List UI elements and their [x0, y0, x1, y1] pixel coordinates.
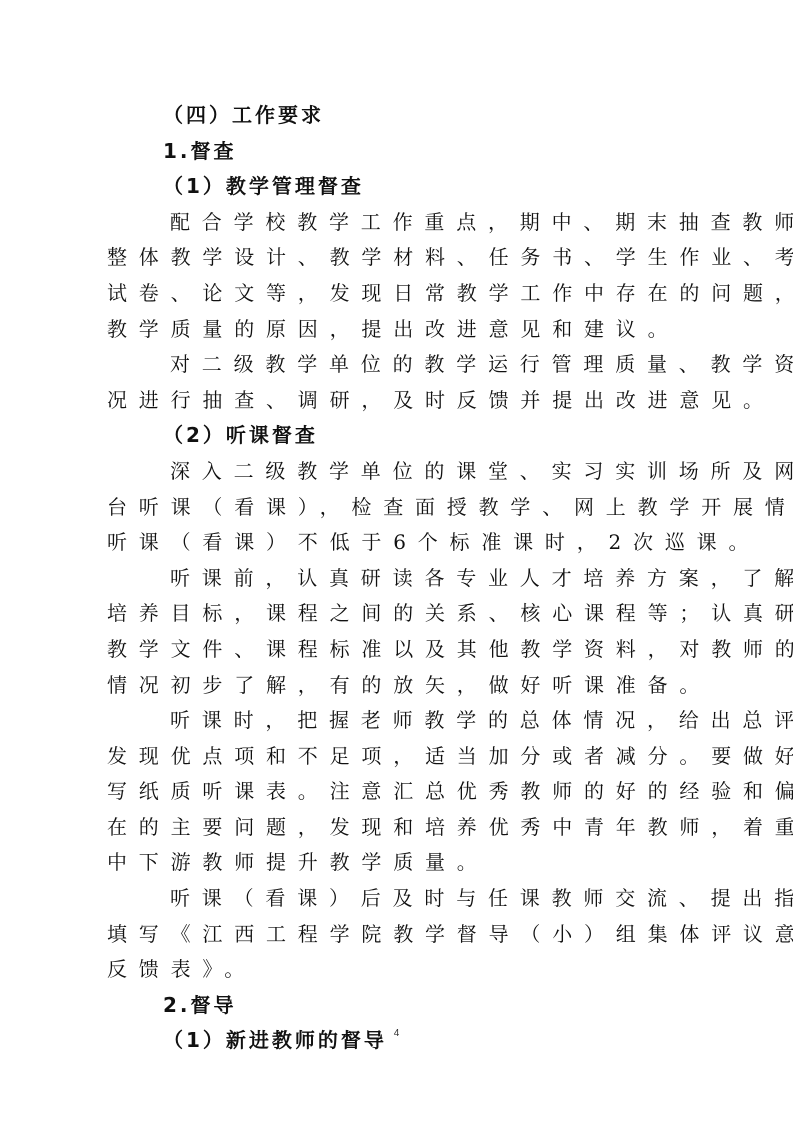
paragraph: 对二级教学单位的教学运行管理质量、教学资源建设情 况进行抽查、调研，及时反馈并提… — [107, 347, 683, 418]
paragraph-line: 听课（看课）不低于6个标准课时，2次巡课。 — [107, 525, 683, 561]
paragraph-line: 试卷、论文等，发现日常教学工作中存在的问题，找出影响 — [107, 276, 683, 312]
paragraph: 听课（看课）后及时与任课教师交流、提出指导意见， 填写《江西工程学院教学督导（小… — [107, 881, 683, 988]
page-number: 4 — [0, 1028, 793, 1039]
paragraph-line: 写纸质听课表。注意汇总优秀教师的好的经验和偏弱教师存 — [107, 774, 683, 810]
item-heading-lecture-observation: （2）听课督查 — [107, 418, 683, 454]
paragraph: 听课时，把握老师教学的总体情况，给出总评分，同时 发现优点项和不足项，适当加分或… — [107, 703, 683, 881]
paragraph-line: 对二级教学单位的教学运行管理质量、教学资源建设情 — [107, 347, 683, 383]
paragraph-line: 深入二级教学单位的课堂、实习实训场所及网络教学平 — [107, 454, 683, 490]
paragraph-line: 填写《江西工程学院教学督导（小）组集体评议意见与建议 — [107, 917, 683, 953]
paragraph: 配合学校教学工作重点，期中、期末抽查教师课程标准、 整体教学设计、教学材料、任务… — [107, 205, 683, 347]
paragraph-line: 配合学校教学工作重点，期中、期末抽查教师课程标准、 — [107, 205, 683, 241]
document-page: （四）工作要求 1.督查 （1）教学管理督查 配合学校教学工作重点，期中、期末抽… — [107, 98, 683, 1059]
subsection-heading-supervision-check: 1.督查 — [107, 134, 683, 170]
paragraph-line: 教学文件、课程标准以及其他教学资料，对教师的整体教学 — [107, 632, 683, 668]
paragraph-line: 况进行抽查、调研，及时反馈并提出改进意见。 — [107, 383, 683, 419]
item-heading-teaching-management: （1）教学管理督查 — [107, 169, 683, 205]
paragraph-line: 情况初步了解，有的放矢，做好听课准备。 — [107, 668, 683, 704]
section-heading-work-requirements: （四）工作要求 — [107, 98, 683, 134]
paragraph: 听课前，认真研读各专业人才培养方案，了解专业人才 培养目标，课程之间的关系、核心… — [107, 561, 683, 703]
paragraph-line: 反馈表》。 — [107, 952, 683, 988]
paragraph-line: 听课时，把握老师教学的总体情况，给出总评分，同时 — [107, 703, 683, 739]
subsection-heading-guidance: 2.督导 — [107, 988, 683, 1024]
paragraph-line: 听课前，认真研读各专业人才培养方案，了解专业人才 — [107, 561, 683, 597]
paragraph-line: 发现优点项和不足项，适当加分或者减分。要做好记录，填 — [107, 739, 683, 775]
paragraph-line: 听课（看课）后及时与任课教师交流、提出指导意见， — [107, 881, 683, 917]
paragraph-line: 在的主要问题，发现和培养优秀中青年教师，着重帮助鼓励 — [107, 810, 683, 846]
paragraph-line: 中下游教师提升教学质量。 — [107, 845, 683, 881]
paragraph: 深入二级教学单位的课堂、实习实训场所及网络教学平 台听课（看课），检查面授教学、… — [107, 454, 683, 561]
paragraph-line: 整体教学设计、教学材料、任务书、学生作业、考试方案、 — [107, 240, 683, 276]
paragraph-line: 台听课（看课），检查面授教学、网上教学开展情况。每周 — [107, 490, 683, 526]
paragraph-line: 培养目标，课程之间的关系、核心课程等；认真研读教师的 — [107, 596, 683, 632]
paragraph-line: 教学质量的原因，提出改进意见和建议。 — [107, 312, 683, 348]
